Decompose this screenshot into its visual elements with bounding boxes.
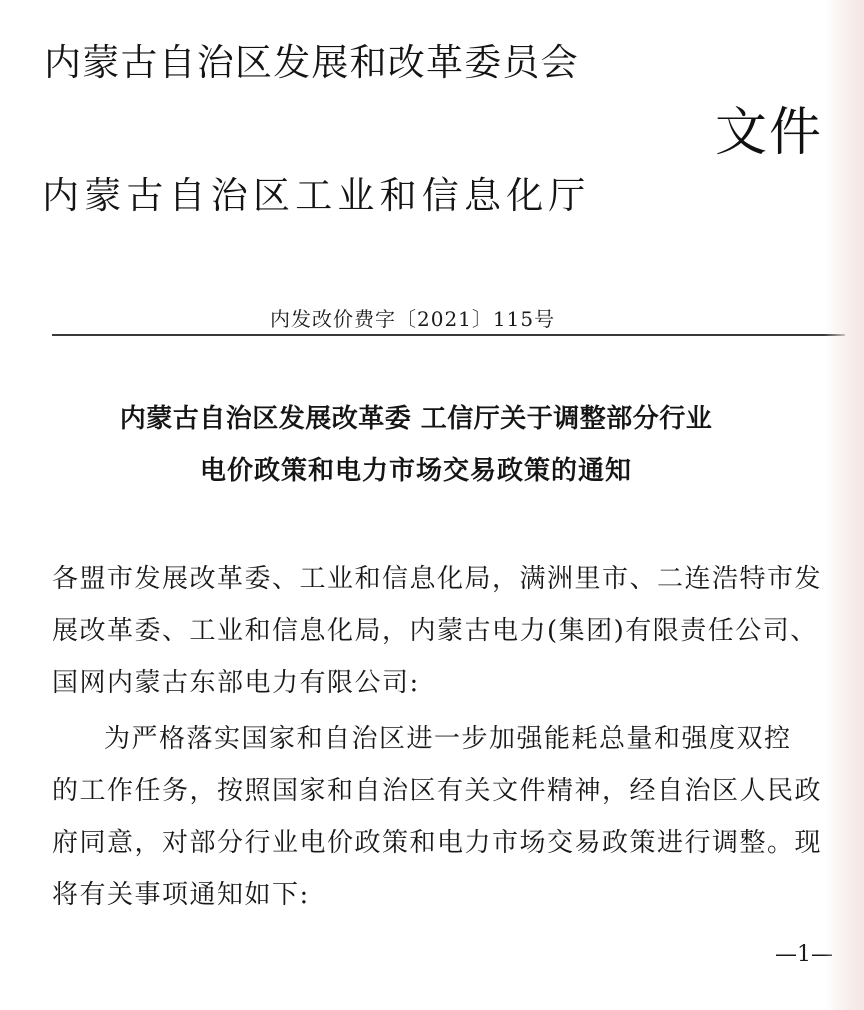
issuing-org-miit: 内蒙古自治区工业和信息化厅 xyxy=(42,165,591,219)
document-label: 文件 xyxy=(715,90,823,165)
addressee-line: 各盟市发展改革委、工业和信息化局，满洲里市、二连浩特市发 xyxy=(52,558,822,595)
document-number: 内发改价费字〔2021〕115号 xyxy=(270,303,555,332)
document-title-line-2: 电价政策和电力市场交易政策的通知 xyxy=(0,450,848,487)
addressee-line: 展改革委、工业和信息化局，内蒙古电力(集团)有限责任公司、 xyxy=(52,610,818,647)
page-edge-shadow xyxy=(824,0,864,1010)
body-paragraph-line: 将有关事项通知如下: xyxy=(52,874,310,911)
document-title-line-1: 内蒙古自治区发展改革委 工信厅关于调整部分行业 xyxy=(0,398,848,435)
body-paragraph-line: 的工作任务，按照国家和自治区有关文件精神，经自治区人民政 xyxy=(52,770,822,807)
issuing-org-ndrc: 内蒙古自治区发展和改革委员会 xyxy=(44,32,579,86)
header-separator-line xyxy=(52,334,845,336)
page-number: —1— xyxy=(775,942,833,967)
body-paragraph-line: 为严格落实国家和自治区进一步加强能耗总量和强度双控 xyxy=(104,718,792,755)
body-paragraph-line: 府同意，对部分行业电价政策和电力市场交易政策进行调整。现 xyxy=(52,822,822,859)
addressee-line: 国网内蒙古东部电力有限公司: xyxy=(52,662,420,699)
